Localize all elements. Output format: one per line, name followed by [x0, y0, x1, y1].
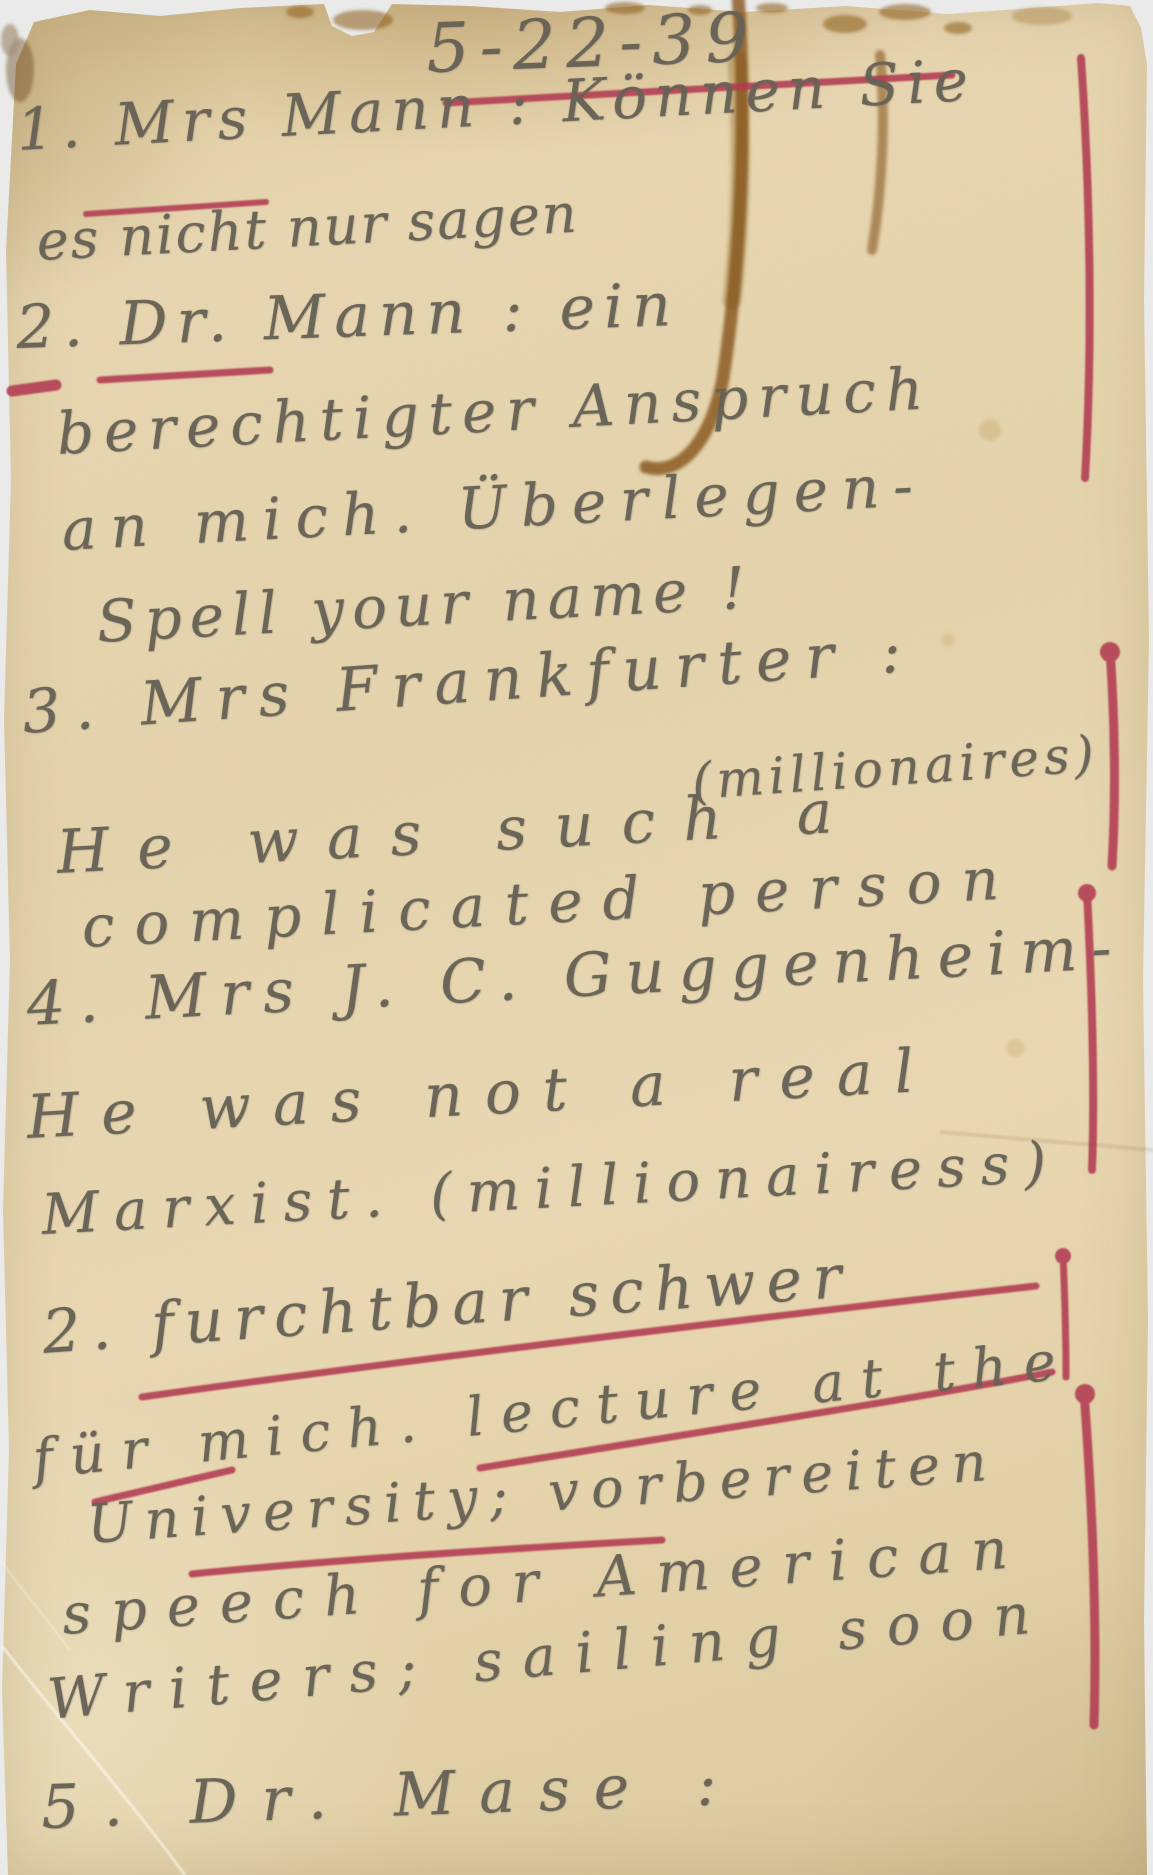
note-line: es nicht nur sagen — [35, 182, 580, 273]
note-line: Marxist. (millionairess) — [40, 1130, 1063, 1248]
note-line: 2. Dr. Mann : ein — [15, 270, 681, 363]
note-line: He was not a real — [25, 1035, 937, 1153]
note-line: 5. Dr. Mase : — [40, 1749, 741, 1843]
scanned-note-page: 5-22-39 1. Mrs Mann : Können Sie es nich… — [0, 0, 1153, 1875]
note-line: 2. furchtbar schwer — [40, 1241, 855, 1367]
handwriting-layer: 5-22-39 1. Mrs Mann : Können Sie es nich… — [0, 0, 1153, 1875]
note-line: an mich. Überlegen- — [60, 451, 928, 564]
note-line: berechtigter Anspruch — [55, 354, 935, 468]
